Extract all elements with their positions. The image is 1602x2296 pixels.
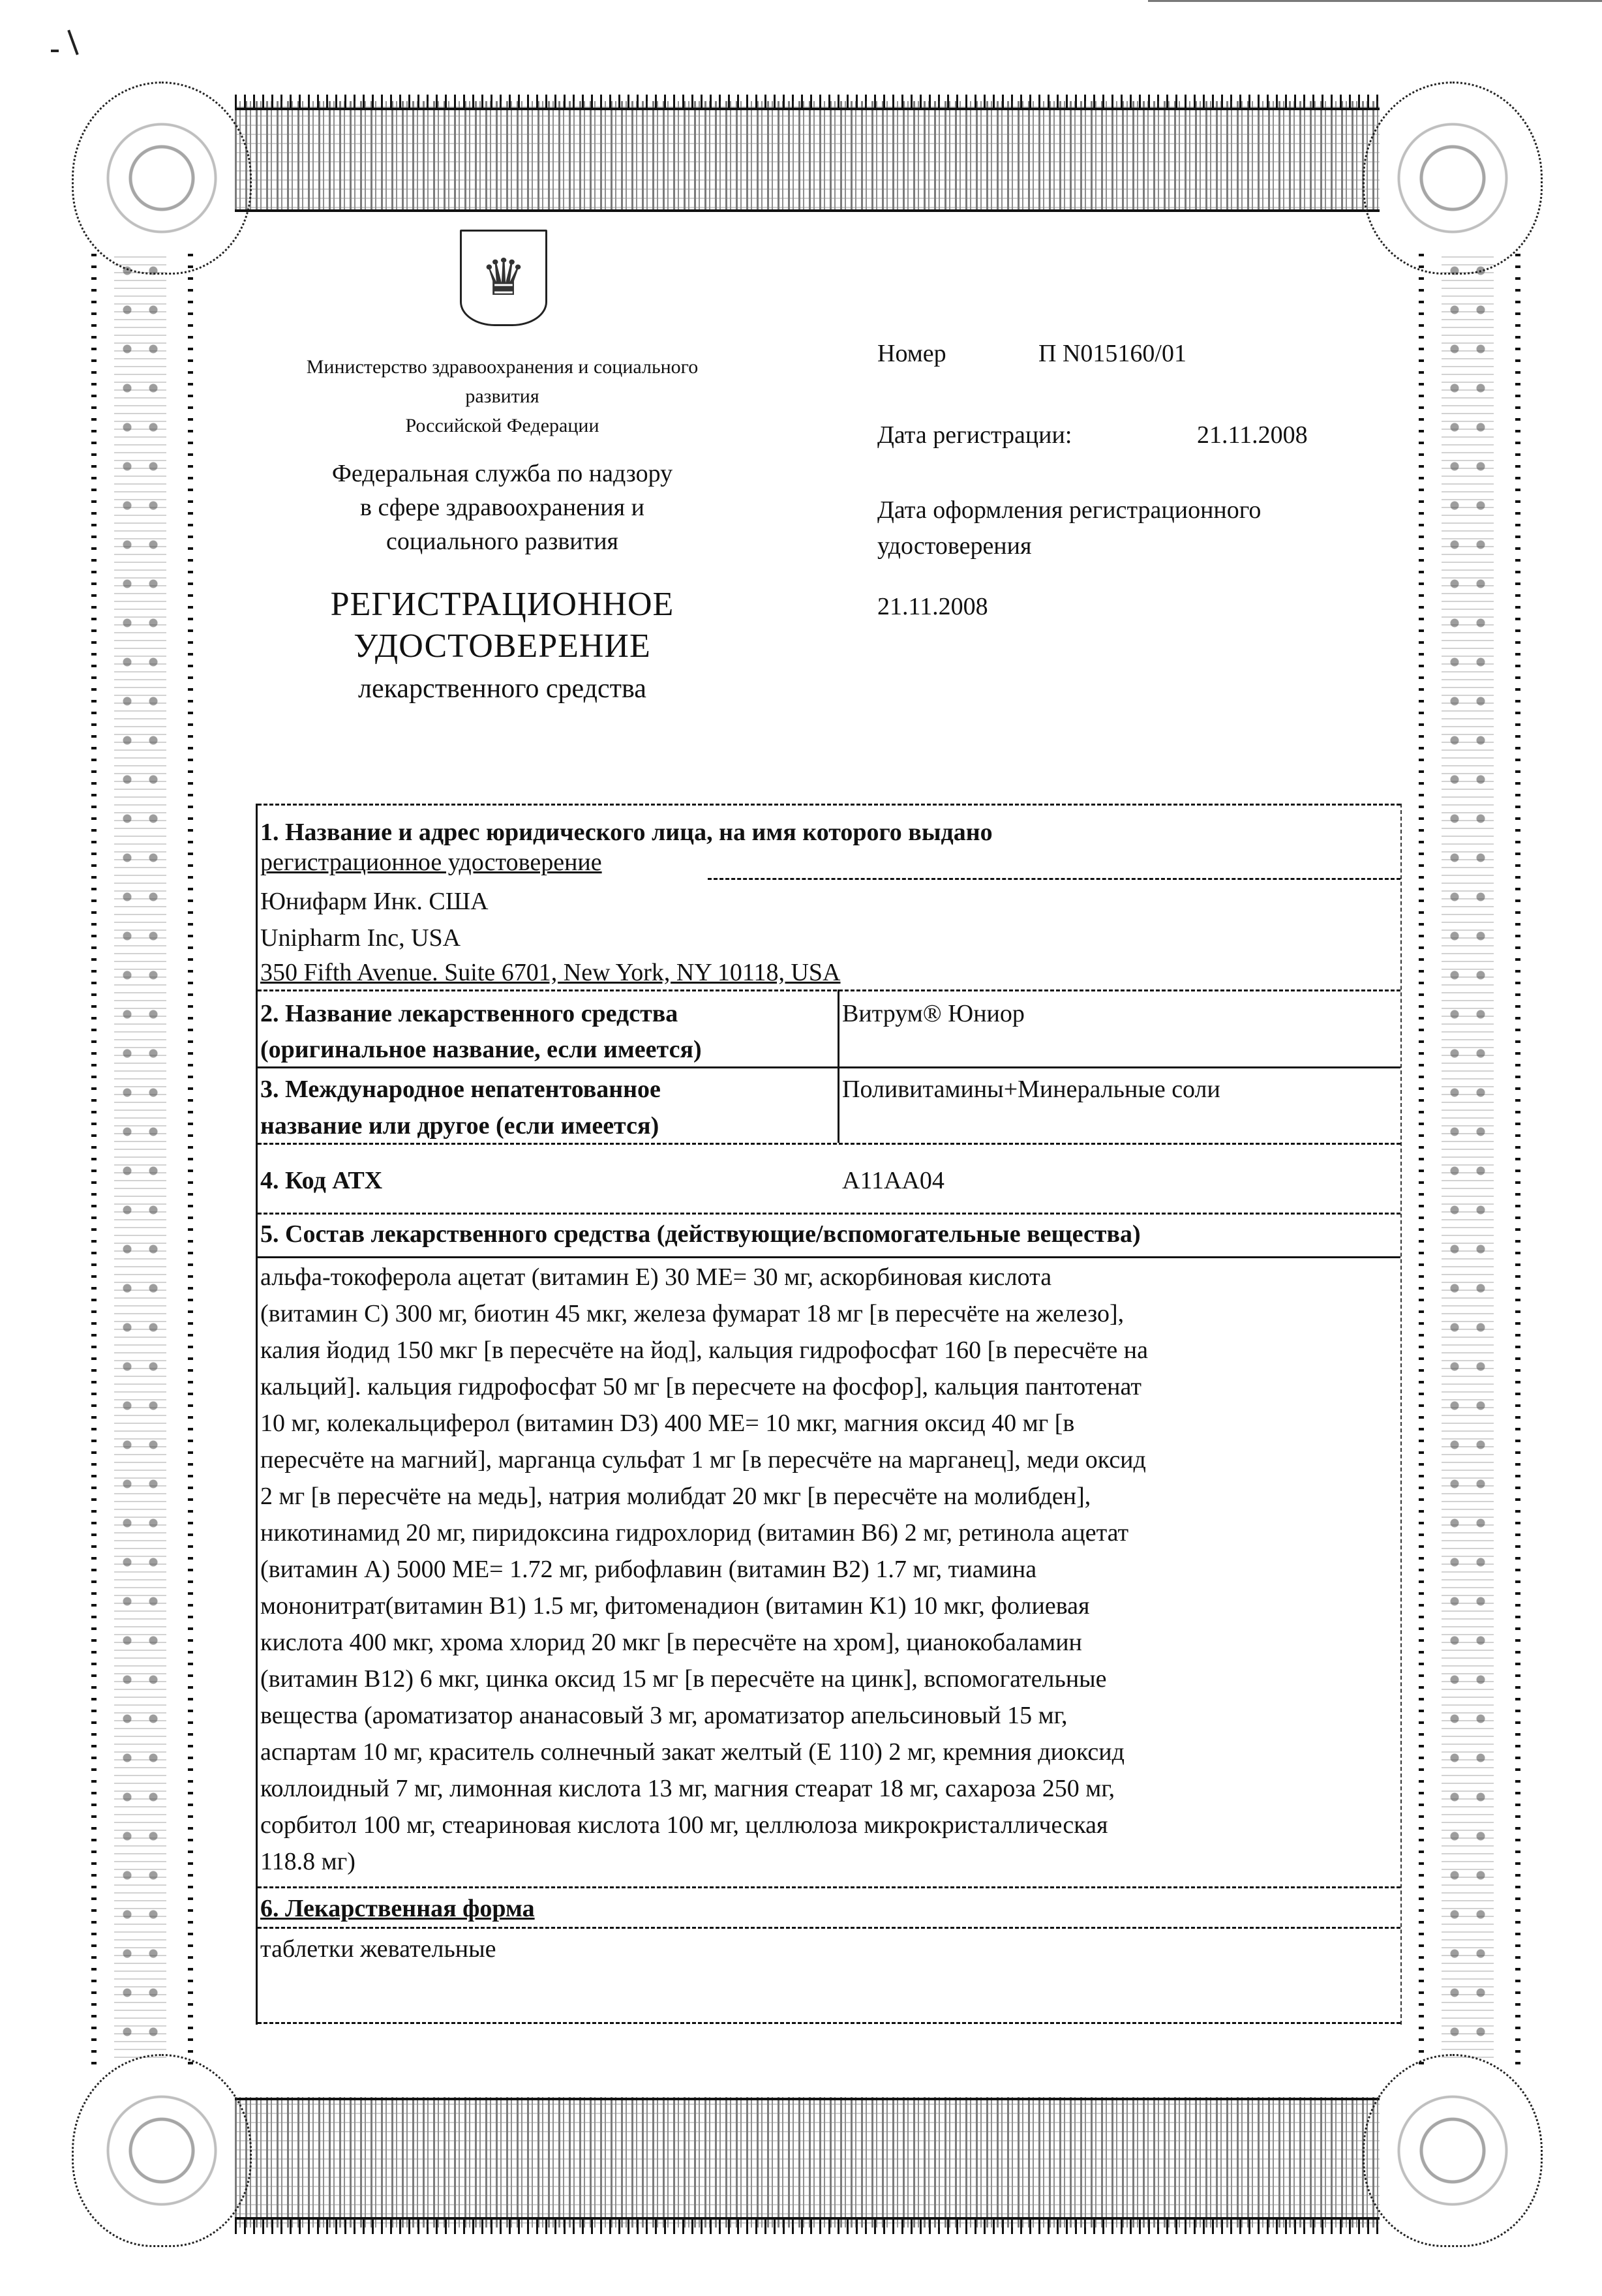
- composition-line: 118.8 мг): [260, 1843, 1398, 1880]
- composition-line: кислота 400 мкг, хрома хлорид 20 мкг [в …: [260, 1624, 1398, 1661]
- issue-date-label-cont: удостоверения: [877, 532, 1031, 560]
- composition-line: вещества (ароматизатор ананасовый 3 мг, …: [260, 1697, 1398, 1734]
- section-2-heading-cont: (оригинальное название, если имеется): [260, 1031, 702, 1068]
- section-1-heading-cont: регистрационное удостоверение: [260, 844, 602, 881]
- frame-left-border: [78, 251, 209, 2064]
- ministry-line: Российской Федерации: [222, 411, 783, 440]
- number-value: П N015160/01: [1038, 339, 1186, 368]
- table-bottom-border: [258, 2022, 1400, 2024]
- composition-line: 10 мг, колекальциферол (витамин D3) 400 …: [260, 1405, 1398, 1442]
- composition-text: альфа-токоферола ацетат (витамин Е) 30 М…: [260, 1259, 1398, 1880]
- row-divider: [258, 1927, 1400, 1929]
- certificate-table: 1. Название и адрес юридического лица, н…: [256, 804, 1402, 2025]
- number-label: Номер: [877, 339, 946, 368]
- issue-date-value: 21.11.2008: [877, 592, 988, 621]
- frame-bottom-rule-inner: [235, 2098, 1380, 2100]
- drug-name: Витрум® Юниор: [842, 995, 1025, 1032]
- row-divider: [258, 1066, 1400, 1068]
- composition-line: никотинамид 20 мг, пиридоксина гидрохлор…: [260, 1515, 1398, 1551]
- row-divider: [258, 804, 1400, 806]
- section-6-heading: 6. Лекарственная форма: [260, 1890, 535, 1927]
- frame-corner-ornament: [72, 2054, 252, 2247]
- composition-line: мононитрат(витамин В1) 1.5 мг, фитоменад…: [260, 1588, 1398, 1624]
- composition-line: (витамин А) 5000 МЕ= 1.72 мг, рибофлавин…: [260, 1551, 1398, 1588]
- title-line: РЕГИСТРАЦИОННОЕ: [222, 584, 783, 626]
- composition-line: аспартам 10 мг, краситель солнечный зака…: [260, 1734, 1398, 1770]
- composition-line: коллоидный 7 мг, лимонная кислота 13 мг,…: [260, 1770, 1398, 1807]
- section-5-heading: 5. Состав лекарственного средства (дейст…: [260, 1216, 1141, 1252]
- document-title: РЕГИСТРАЦИОННОЕ УДОСТОВЕРЕНИЕ: [222, 584, 783, 667]
- composition-line: (витамин В12) 6 мкг, цинка оксид 15 мг […: [260, 1661, 1398, 1697]
- title-line: УДОСТОВЕРЕНИЕ: [222, 626, 783, 667]
- issue-date-label: Дата оформления регистрационного: [877, 496, 1261, 524]
- frame-top-band: [235, 101, 1380, 212]
- frame-corner-ornament: [1363, 2054, 1543, 2247]
- composition-line: кальций]. кальция гидрофосфат 50 мг [в п…: [260, 1368, 1398, 1405]
- ministry-line: развития: [222, 382, 783, 411]
- holder-address: 350 Fifth Avenue. Suite 6701, New York, …: [260, 954, 841, 991]
- row-divider: [708, 878, 1400, 880]
- frame-bottom-rule: [235, 2217, 1380, 2220]
- frame-corner-ornament: [72, 82, 252, 275]
- section-3-heading: 3. Международное непатентованное: [260, 1071, 661, 1108]
- frame-right-border: [1406, 251, 1536, 2064]
- registration-date-label: Дата регистрации:: [877, 421, 1072, 449]
- section-4-heading: 4. Код АТХ: [260, 1162, 382, 1199]
- composition-line: 2 мг [в пересчёте на медь], натрия молиб…: [260, 1478, 1398, 1515]
- composition-line: альфа-токоферола ацетат (витамин Е) 30 М…: [260, 1259, 1398, 1295]
- scan-mark: [1148, 0, 1602, 2]
- scan-mark: [67, 30, 78, 55]
- service-line: в сфере здравоохранения и: [222, 491, 783, 524]
- dosage-form: таблетки жевательные: [260, 1931, 496, 1967]
- section-3-heading-cont: название или другое (если имеется): [260, 1108, 659, 1144]
- service-name: Федеральная служба по надзору в сфере зд…: [222, 457, 783, 558]
- scan-mark: [51, 50, 59, 52]
- composition-line: пересчёте на магний], марганца сульфат 1…: [260, 1442, 1398, 1478]
- atc-code: A11AA04: [842, 1162, 945, 1199]
- frame-top-rule: [235, 108, 1380, 110]
- coat-of-arms-icon: ♛: [460, 230, 547, 326]
- row-divider: [258, 1256, 1400, 1258]
- row-divider: [258, 1143, 1400, 1145]
- frame-bottom-band: [235, 2097, 1380, 2228]
- composition-line: (витамин С) 300 мг, биотин 45 мкг, желез…: [260, 1295, 1398, 1332]
- holder-name-ru: Юнифарм Инк. США: [260, 883, 489, 920]
- row-divider: [258, 1213, 1400, 1215]
- row-divider: [258, 1886, 1400, 1888]
- service-line: социального развития: [222, 524, 783, 558]
- emblem-glyph: ♛: [481, 252, 526, 303]
- section-2-heading: 2. Название лекарственного средства: [260, 995, 678, 1032]
- inn-name: Поливитамины+Минеральные соли: [842, 1071, 1220, 1108]
- frame-top-rule-inner: [235, 209, 1380, 212]
- composition-line: калия йодид 150 мкг [в пересчёте на йод]…: [260, 1332, 1398, 1368]
- ministry-line: Министерство здравоохранения и социально…: [222, 352, 783, 382]
- row-divider: [258, 989, 1400, 991]
- ministry-name: Министерство здравоохранения и социально…: [222, 352, 783, 440]
- frame-corner-ornament: [1363, 82, 1543, 275]
- registration-date-value: 21.11.2008: [1197, 421, 1308, 449]
- holder-name-en: Unipharm Inc, USA: [260, 920, 461, 956]
- composition-line: сорбитол 100 мг, стеариновая кислота 100…: [260, 1807, 1398, 1843]
- document-subtitle: лекарственного средства: [222, 672, 783, 706]
- service-line: Федеральная служба по надзору: [222, 457, 783, 491]
